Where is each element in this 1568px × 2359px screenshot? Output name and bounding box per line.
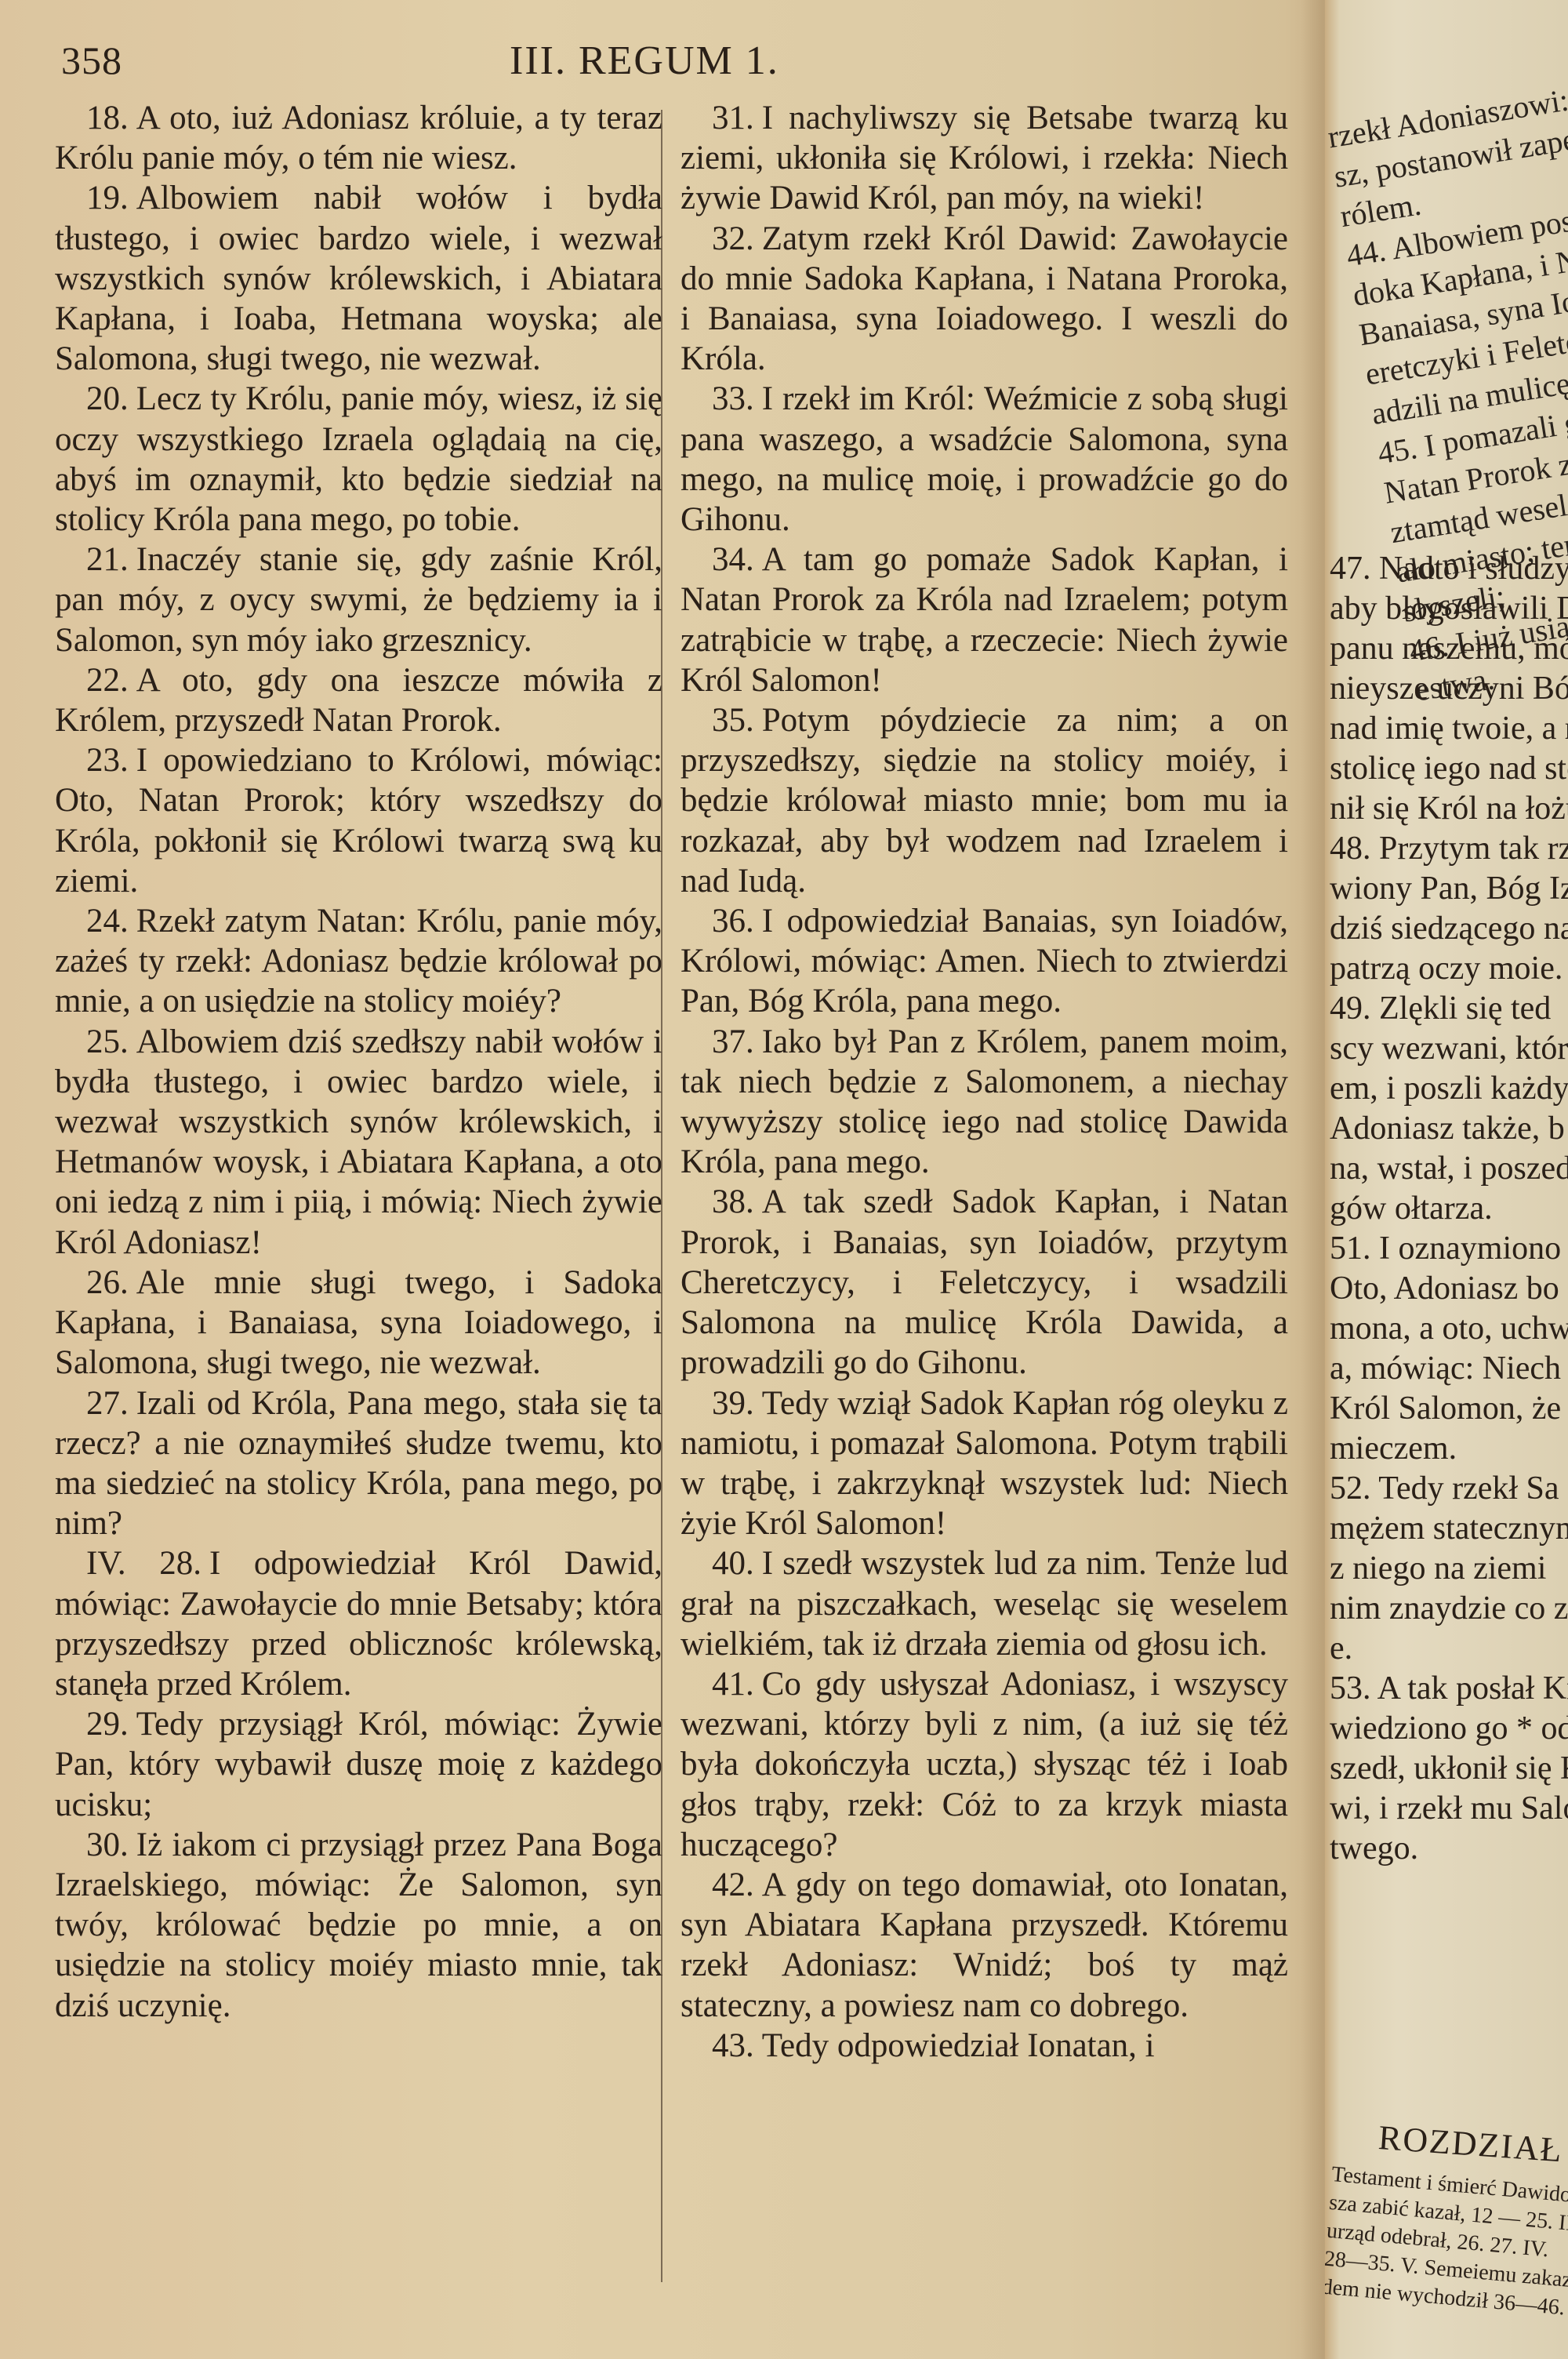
verse-text: Tedy odpowiedział Ionatan, i [762,2027,1155,2064]
verse: 32.Zatym rzekł Król Dawid: Zawołaycie do… [681,219,1288,380]
verse-text: A tam go pomaże Sadok Kapłan, i Natan Pr… [681,541,1288,699]
verse-text: I rzekł im Król: Weźmicie z sobą sługi p… [681,380,1288,538]
verse: IV. 28.I odpowiedział Król Dawid, mówiąc… [55,1543,662,1704]
verse: 43.Tedy odpowiedział Ionatan, i [681,2026,1288,2066]
verse-number: 43. [712,2027,754,2064]
page-number: 358 [61,38,122,83]
facing-page-line: na, wstał, i poszedł, [1330,1149,1568,1189]
verse-number: 36. [712,903,754,940]
verse-number: 38. [712,1183,754,1220]
verse-text: Rzekł zatym Natan: Królu, panie móy, zaż… [55,903,662,1020]
verse-text: Potym póydziecie za nim; a on przyszedłs… [681,702,1288,900]
verse-number: 18. [86,100,129,136]
verse: 41.Co gdy usłyszał Adoniasz, i wszyscy w… [681,1664,1288,1865]
left-column: 18.A oto, iuż Adoniasz króluie, a ty ter… [55,98,662,2026]
facing-page-line: em, i poszli każdy w [1330,1069,1568,1109]
verse: 34.A tam go pomaże Sadok Kapłan, i Natan… [681,540,1288,700]
verse: 30.Iż iakom ci przysiągł przez Pana Boga… [55,1825,662,2026]
verse-text: Iż iakom ci przysiągł przez Pana Boga Iz… [55,1826,662,2024]
facing-page-line: 48. Przytym tak rzek [1330,829,1568,869]
column-divider [661,110,662,2282]
verse-number: 31. [712,100,754,136]
facing-page-line: z niego na ziemi [1330,1549,1568,1589]
verse-text: Ale mnie sługi twego, i Sadoka Kapłana, … [55,1264,662,1381]
verse-text: Iako był Pan z Królem, panem moim, tak n… [681,1023,1288,1181]
verse-text: Lecz ty Królu, panie móy, wiesz, iż się … [55,380,662,538]
verse: 22.A oto, gdy ona ieszcze mówiła z Króle… [55,660,662,740]
verse-text: I szedł wszystek lud za nim. Tenże lud g… [681,1545,1288,1662]
verse-text: Albowiem nabił wołów i bydła tłustego, i… [55,180,662,377]
facing-page-body-lines: 47. Nadto i słudzy królaby błogosławili … [1330,549,1568,1869]
verse-number: 19. [86,180,129,216]
verse-text: A oto, gdy ona ieszcze mówiła z Królem, … [55,662,662,739]
verse-number: 22. [86,662,129,699]
verse: 20.Lecz ty Królu, panie móy, wiesz, iż s… [55,379,662,540]
facing-page-line: wi, i rzekł mu Salon [1330,1789,1568,1829]
facing-page-line: 52. Tedy rzekł Sa [1330,1469,1568,1509]
verse-number: 32. [712,220,754,257]
facing-page-line: nieysze uczyni Bóg i [1330,669,1568,709]
verse-number: 34. [712,541,754,578]
verse-number: 21. [86,541,129,578]
verse-number: 42. [712,1866,754,1903]
facing-page-line: szedł, ukłonił się Kr [1330,1749,1568,1789]
facing-page-line: twego. [1330,1829,1568,1869]
verse-text: A tak szedł Sadok Kapłan, i Natan Prorok… [681,1183,1288,1381]
verse: 26.Ale mnie sługi twego, i Sadoka Kapłan… [55,1263,662,1383]
verse-number: 30. [86,1826,129,1863]
verse-number: 20. [86,380,129,417]
verse-number: 41. [712,1666,754,1703]
verse-number: 27. [86,1385,129,1422]
chapter-summary: Testament i śmierć Dawidowa 1sza zabić k… [1325,2161,1568,2326]
verse: 31.I nachyliwszy się Betsabe twarzą ku z… [681,98,1288,219]
verse-text: Tedy przysiągł Król, mówiąc: Żywie Pan, … [55,1706,662,1823]
verse-number: 35. [712,702,754,739]
verse-number: 26. [86,1264,129,1301]
facing-page-line: mona, a oto, uchwyc [1330,1309,1568,1349]
verse-number: 25. [86,1023,129,1060]
verse-text: Inaczéy stanie się, gdy zaśnie Król, pan… [55,541,662,658]
verse: 37.Iako był Pan z Królem, panem moim, ta… [681,1022,1288,1183]
verse-number: 37. [712,1023,754,1060]
facing-page-line: nim znaydzie co zł [1330,1589,1568,1629]
verse: 38.A tak szedł Sadok Kapłan, i Natan Pro… [681,1182,1288,1383]
verse: 33.I rzekł im Król: Weźmicie z sobą sług… [681,379,1288,540]
verse-text: I nachyliwszy się Betsabe twarzą ku ziem… [681,100,1288,216]
verse: 25.Albowiem dziś szedłszy nabił wołów i … [55,1022,662,1263]
verse-number: IV. 28. [86,1545,201,1582]
verse-number: 40. [712,1545,754,1582]
facing-page: rzekł Adoniaszowi: Dawisz, postanowił za… [1325,0,1568,2359]
verse: 27.Izali od Króla, Pana mego, stała się … [55,1383,662,1544]
facing-page-line: aby błogosławili Da [1330,589,1568,629]
facing-page-line: 51. I oznaymiono Salon [1330,1229,1568,1269]
facing-page-line: e. [1330,1629,1568,1669]
facing-page-line: stolicę iego nad stoli [1330,749,1568,789]
facing-page-line: 49. Zlękli się ted [1330,989,1568,1029]
facing-page-line: wiony Pan, Bóg Izra [1330,869,1568,909]
facing-page-line: Adoniasz także, b [1330,1109,1568,1149]
verse-text: Tedy wziął Sadok Kapłan róg oleyku z nam… [681,1385,1288,1543]
verse: 42.A gdy on tego domawiał, oto Ionatan, … [681,1865,1288,2026]
verse-text: Zatym rzekł Król Dawid: Zawołaycie do mn… [681,220,1288,378]
facing-page-line: wiedziono go * od ołt [1330,1709,1568,1749]
facing-page-line: nad imię twoie, a ni [1330,709,1568,749]
verse: 29.Tedy przysiągł Król, mówiąc: Żywie Pa… [55,1704,662,1825]
facing-page-line: mieczem. [1330,1429,1568,1469]
verse: 24.Rzekł zatym Natan: Królu, panie móy, … [55,901,662,1022]
verse-text: I opowiedziano to Królowi, mówiąc: Oto, … [55,742,662,900]
facing-page-line: scy wezwani, którzy [1330,1029,1568,1069]
chapter-heading: ROZDZIAŁ I [1377,2117,1568,2172]
right-column: 31.I nachyliwszy się Betsabe twarzą ku z… [681,98,1288,2066]
verse-text: Izali od Króla, Pana mego, stała się ta … [55,1385,662,1543]
verse: 18.A oto, iuż Adoniasz króluie, a ty ter… [55,98,662,178]
verse: 35.Potym póydziecie za nim; a on przysze… [681,700,1288,901]
verse-text: A oto, iuż Adoniasz króluie, a ty teraz … [55,100,662,176]
facing-page-line: Oto, Adoniasz bo [1330,1269,1568,1309]
verse-number: 29. [86,1706,129,1743]
verse: 40.I szedł wszystek lud za nim. Tenże lu… [681,1543,1288,1664]
left-page: 358 III. REGUM 1. 18.A oto, iuż Adoniasz… [0,0,1325,2359]
verse-text: A gdy on tego domawiał, oto Ionatan, syn… [681,1866,1288,2024]
verse-text: Albowiem dziś szedłszy nabił wołów i byd… [55,1023,662,1261]
facing-page-line: dziś siedzącego na st [1330,909,1568,949]
facing-page-line: gów ołtarza. [1330,1189,1568,1229]
facing-page-line: 53. A tak posłał Król [1330,1669,1568,1709]
verse-number: 24. [86,903,129,940]
verse-number: 23. [86,742,129,779]
verse-text: Co gdy usłyszał Adoniasz, i wszyscy wezw… [681,1666,1288,1863]
verse: 36.I odpowiedział Banaias, syn Ioiadów, … [681,901,1288,1022]
facing-page-line: mężem statecznym, [1330,1509,1568,1549]
verse: 19.Albowiem nabił wołów i bydła tłustego… [55,178,662,379]
verse-text: I odpowiedział Banaias, syn Ioiadów, Kró… [681,903,1288,1020]
facing-page-line: patrzą oczy moie. [1330,949,1568,989]
facing-page-line: nił się Król na łożu [1330,789,1568,829]
verse: 23.I opowiedziano to Królowi, mówiąc: Ot… [55,740,662,901]
facing-page-line: panu naszemu, móv [1330,629,1568,669]
verse: 21.Inaczéy stanie się, gdy zaśnie Król, … [55,540,662,660]
verse-number: 39. [712,1385,754,1422]
verse-number: 33. [712,380,754,417]
verse: 39.Tedy wziął Sadok Kapłan róg oleyku z … [681,1383,1288,1544]
facing-page-line: a, mówiąc: Niech n [1330,1349,1568,1389]
facing-page-line: 47. Nadto i słudzy król [1330,549,1568,589]
facing-page-line: Król Salomon, że nie [1330,1389,1568,1429]
running-head: III. REGUM 1. [510,38,779,84]
